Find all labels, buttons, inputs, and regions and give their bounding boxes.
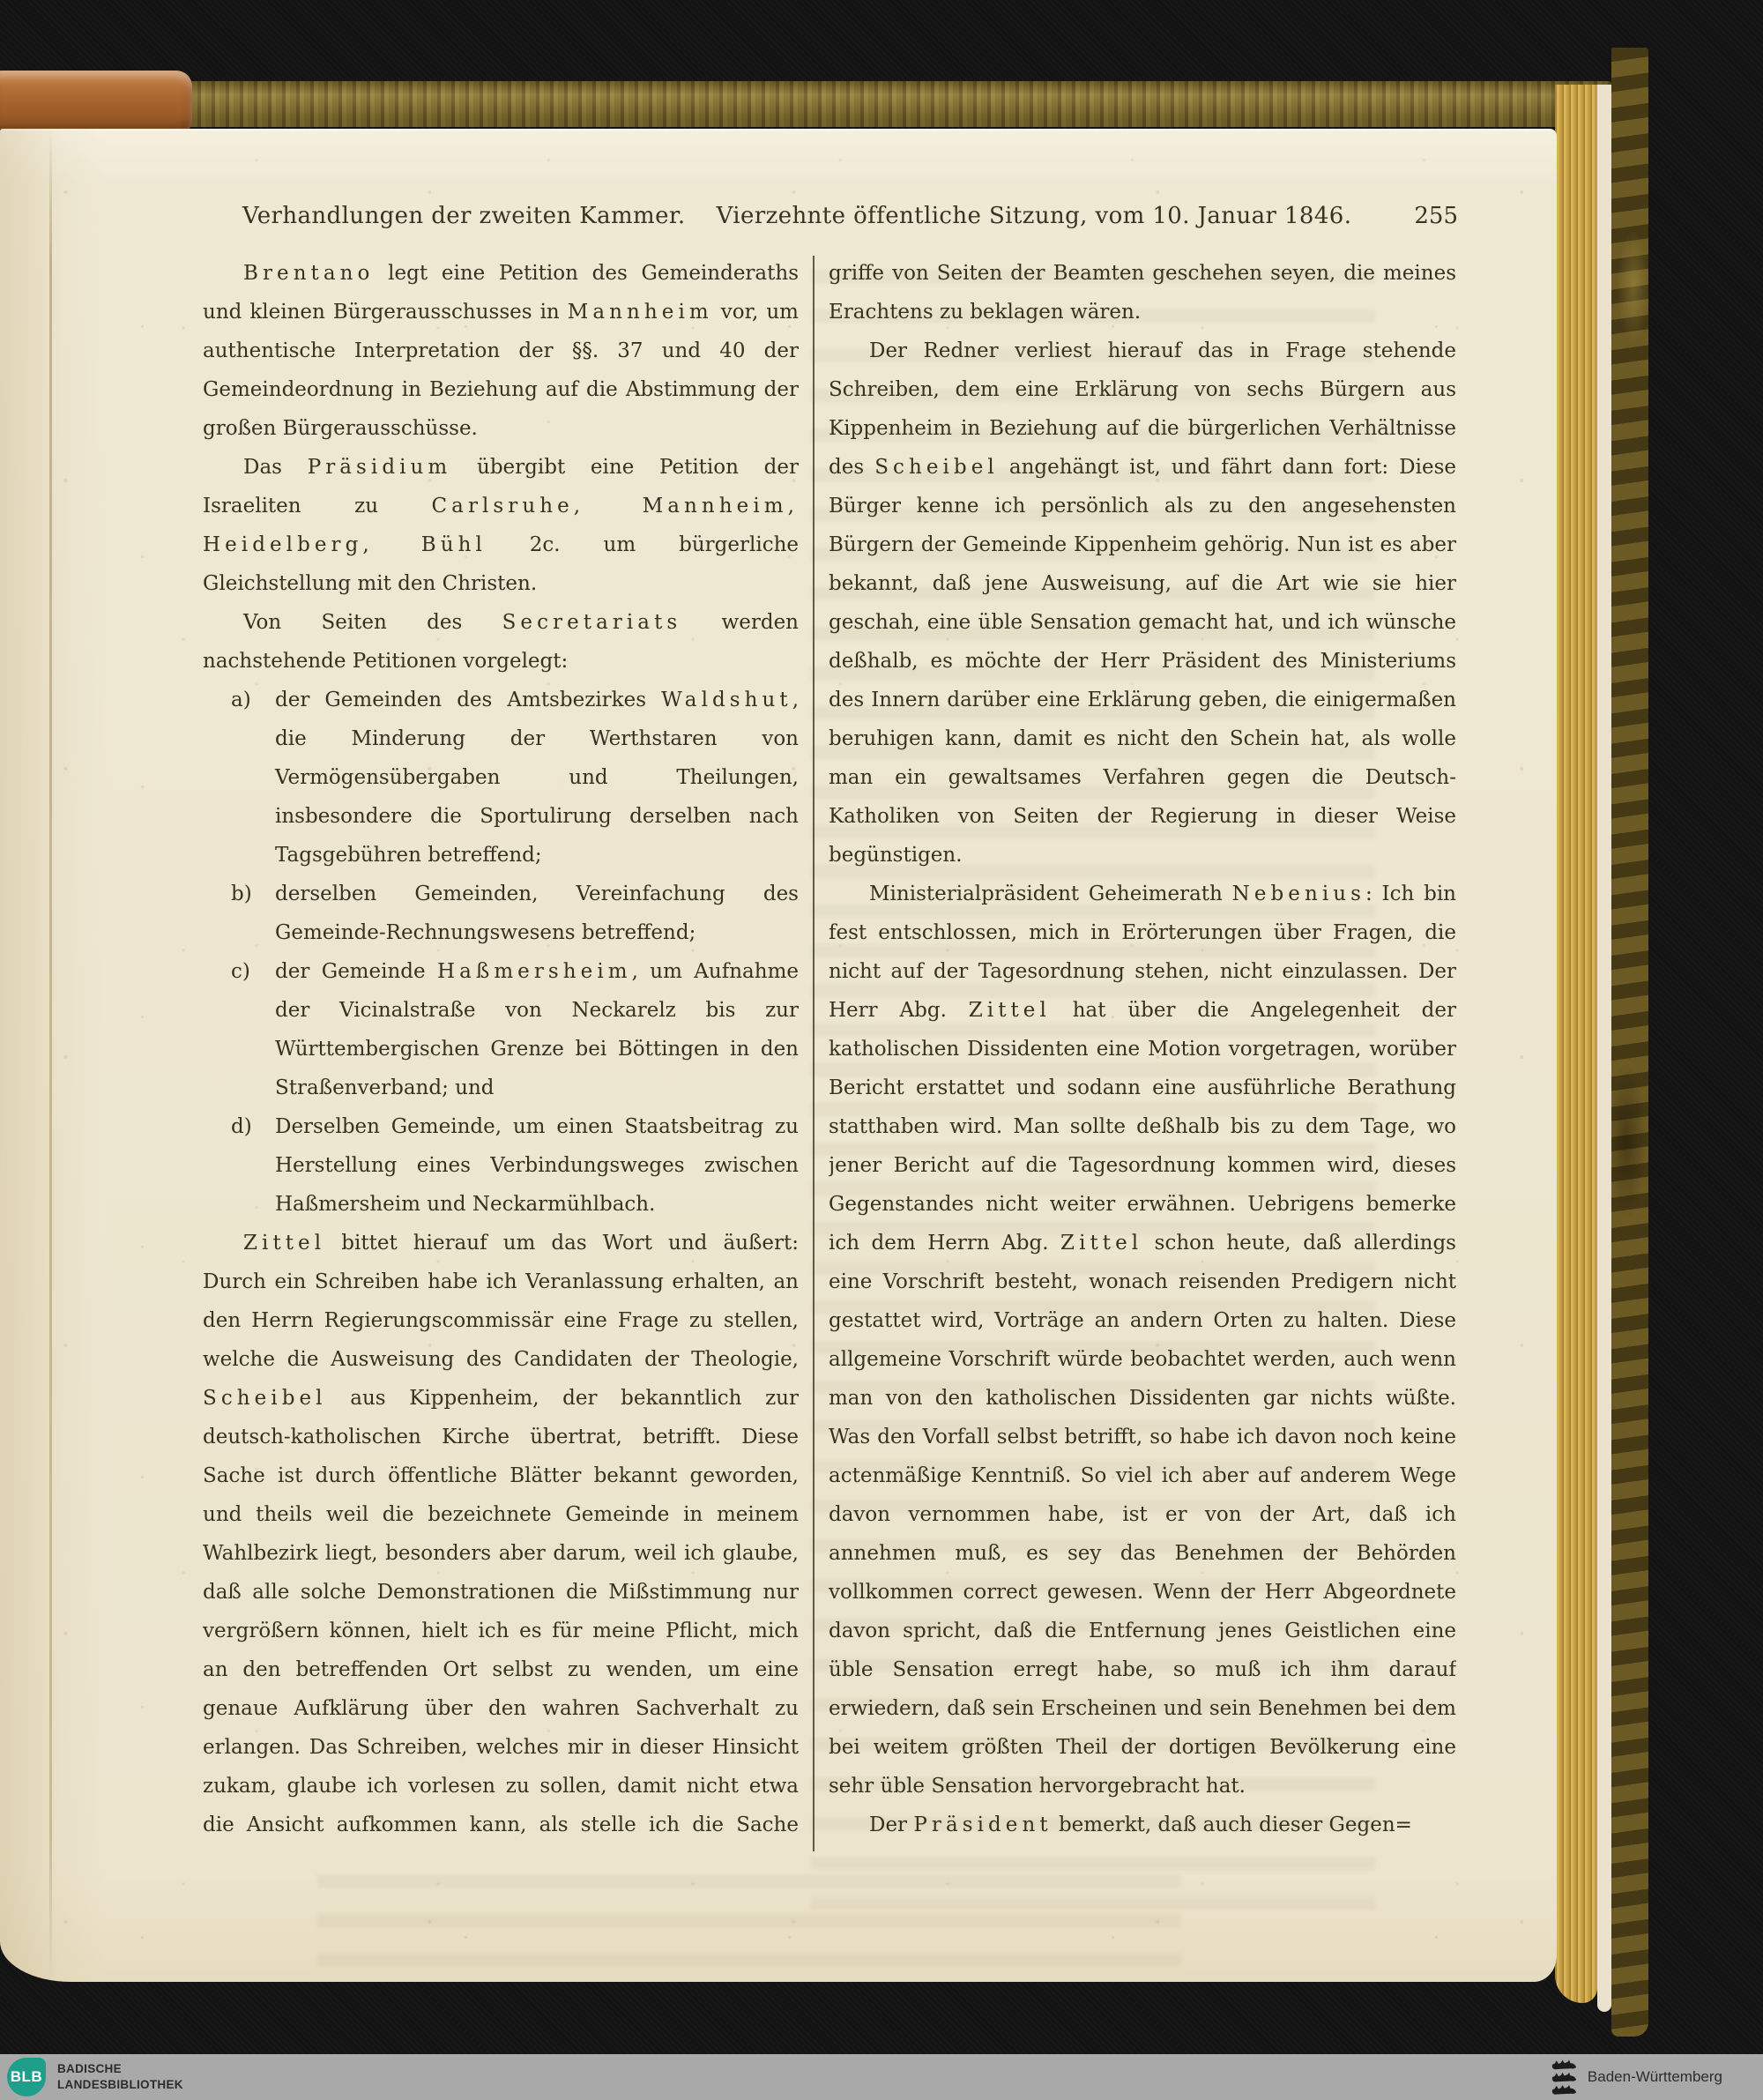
text-run: derselben Gemeinden, Vereinfachung des G…	[275, 882, 799, 944]
blb-abbr: BLB	[11, 2068, 42, 2086]
list-item-text: derselben Gemeinden, Vereinfachung des G…	[275, 882, 799, 944]
paragraph: Der Redner verliest hierauf das in Frage…	[829, 331, 1456, 875]
spaced-name: Scheibel	[874, 456, 999, 479]
footer-bar: BLB BADISCHE LANDESBIBLIOTHEK Baden-Würt…	[0, 2054, 1763, 2100]
paragraph: Brentano legt eine Petition des Gemeinde…	[203, 254, 799, 448]
text-run: bemerkt, daß auch dieser Gegen=	[1053, 1813, 1412, 1836]
spaced-name: Waldshut	[661, 689, 792, 711]
library-logo: BLB BADISCHE LANDESBIBLIOTHEK	[7, 2058, 183, 2096]
coat-of-arms-icon	[1551, 2059, 1577, 2096]
spaced-name: Secretariats	[502, 611, 682, 634]
paragraph: Ministerialpräsident Geheimerath Nebeniu…	[829, 875, 1456, 1806]
book-fore-edge	[1555, 85, 1597, 2003]
printed-text-block: Verhandlungen der zweiten Kammer. Vierze…	[203, 203, 1458, 1851]
text-run: aus Kippenheim, der bekanntlich zur deut…	[203, 1387, 799, 1851]
book-top-gilt-edge	[56, 81, 1611, 127]
paragraph: Von Seiten des Secretariats werden nachs…	[203, 603, 799, 681]
page-gutter-crease	[49, 129, 52, 1982]
page-edge-gap	[1597, 85, 1611, 2012]
running-header-title: Verhandlungen der zweiten Kammer. Vierze…	[203, 203, 1391, 229]
spaced-name: Scheibel	[203, 1387, 327, 1410]
paragraph: Der Präsident bemerkt, daß auch dieser G…	[829, 1806, 1456, 1844]
show-through-text	[317, 1874, 1181, 1980]
text-run: der Gemeinden des Amtsbezirkes	[275, 689, 661, 711]
text-columns: Brentano legt eine Petition des Gemeinde…	[203, 254, 1458, 1851]
spaced-name: Nebenius	[1232, 882, 1365, 905]
left-column: Brentano legt eine Petition des Gemeinde…	[203, 254, 799, 1851]
book-page: Verhandlungen der zweiten Kammer. Vierze…	[0, 129, 1557, 1982]
spaced-name: Haßmersheim	[437, 960, 632, 983]
list-marker: d)	[231, 1107, 252, 1146]
leather-spine-corner	[0, 71, 192, 136]
column-divider-rule	[813, 256, 815, 1851]
right-column: griffe von Seiten der Beamten geschehen …	[829, 254, 1456, 1851]
text-run: schon heute, daß allerdings eine Vorschr…	[829, 1232, 1456, 1798]
paragraph: Das Präsidium übergibt eine Petition der…	[203, 448, 799, 603]
spaced-name: Präsident	[913, 1813, 1052, 1836]
state-logo: Baden-Württemberg	[1551, 2059, 1722, 2096]
text-run: angehängt ist, und fährt dann fort: Dies…	[829, 456, 1456, 867]
text-run: der Gemeinde	[275, 960, 437, 983]
page-gutter-shadow	[0, 129, 106, 1982]
paragraph: griffe von Seiten der Beamten geschehen …	[829, 254, 1456, 331]
library-name-line1: BADISCHE	[57, 2061, 183, 2077]
list-item-text: Derselben Gemeinde, um einen Staatsbeitr…	[275, 1115, 799, 1216]
blb-logo-icon: BLB	[7, 2058, 46, 2096]
spaced-name: Brentano	[243, 262, 374, 285]
text-run: Ministerialpräsident Geheimerath	[869, 882, 1232, 905]
list-marker: b)	[231, 875, 252, 913]
petition-list-item: b)derselben Gemeinden, Vereinfachung des…	[203, 875, 799, 952]
petition-list-item: d)Derselben Gemeinde, um einen Staatsbei…	[203, 1107, 799, 1224]
text-run: Derselben Gemeinde, um einen Staatsbeitr…	[275, 1115, 799, 1216]
petition-list-item: c)der Gemeinde Haßmersheim, um Aufnahme …	[203, 952, 799, 1107]
library-name-line2: LANDESBIBLIOTHEK	[57, 2077, 183, 2093]
running-header: Verhandlungen der zweiten Kammer. Vierze…	[203, 203, 1458, 229]
list-item-text: der Gemeinden des Amtsbezirkes Waldshut,…	[275, 689, 799, 867]
text-run: Der	[869, 1813, 913, 1836]
page-number: 255	[1414, 203, 1458, 229]
library-name: BADISCHE LANDESBIBLIOTHEK	[57, 2061, 183, 2092]
spaced-name: Zittel	[1060, 1232, 1142, 1255]
text-run: Das	[243, 456, 308, 479]
list-item-text: der Gemeinde Haßmersheim, um Aufnahme de…	[275, 960, 799, 1099]
text-run: griffe von Seiten der Beamten geschehen …	[829, 262, 1456, 324]
spaced-name: Zittel	[243, 1232, 325, 1255]
list-marker: a)	[231, 681, 251, 719]
list-marker: c)	[231, 952, 250, 991]
text-run: , die Minderung der Werthstaren von Verm…	[275, 689, 799, 867]
state-name: Baden-Württemberg	[1588, 2068, 1722, 2086]
paragraph: Zittel bittet hierauf um das Wort und äu…	[203, 1224, 799, 1851]
text-run: hat über die Angelegenheit der katholisc…	[829, 999, 1456, 1255]
text-run: Von Seiten des	[243, 611, 502, 634]
petition-list-item: a)der Gemeinden des Amtsbezirkes Waldshu…	[203, 681, 799, 875]
spaced-name: Zittel	[969, 999, 1051, 1022]
book-cover-edge	[1611, 48, 1648, 2037]
spaced-name: Mannheim	[568, 301, 713, 324]
spaced-name: Präsidium	[308, 456, 452, 479]
